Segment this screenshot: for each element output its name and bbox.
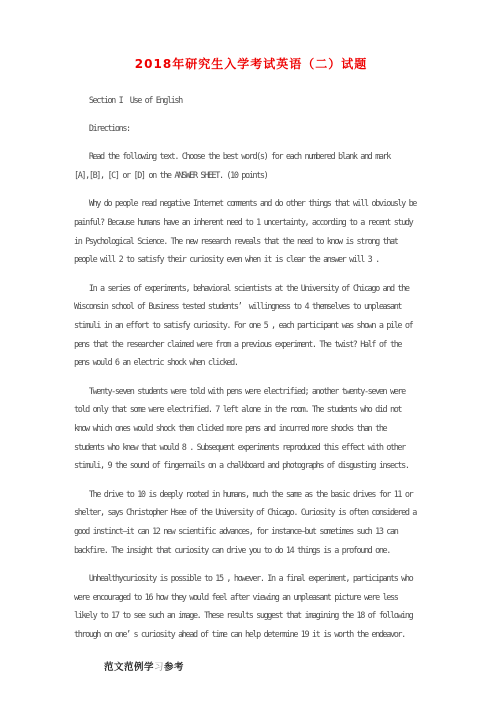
page-title: 2018年研究生入学考试英语（二）试题 (74, 54, 428, 74)
paragraph-4: The drive to 10 is deeply rooted in huma… (74, 486, 428, 561)
paragraph-1: Why do people read negative Internet com… (74, 195, 428, 270)
footer-text-black-2: 参考 (164, 662, 184, 673)
paragraph-3: Twenty-seven students were told with pen… (74, 383, 428, 477)
footer-text-black-1: 范文范例学 (104, 662, 154, 673)
paragraph-2: In a series of experiments, behavioral s… (74, 280, 428, 374)
footer-text-gray: 习 (154, 662, 164, 673)
page-footer: 范文范例学习参考 (104, 659, 428, 673)
document-page: 2018年研究生入学考试英语（二）试题 Section I Use of Eng… (0, 0, 496, 702)
paragraph-5: Unhealthycuriosity is possible to 15 , h… (74, 570, 428, 645)
section-heading: Section I Use of English (74, 92, 428, 111)
directions-text: Read the following text. Choose the best… (74, 148, 428, 185)
directions-label: Directions: (74, 120, 428, 139)
